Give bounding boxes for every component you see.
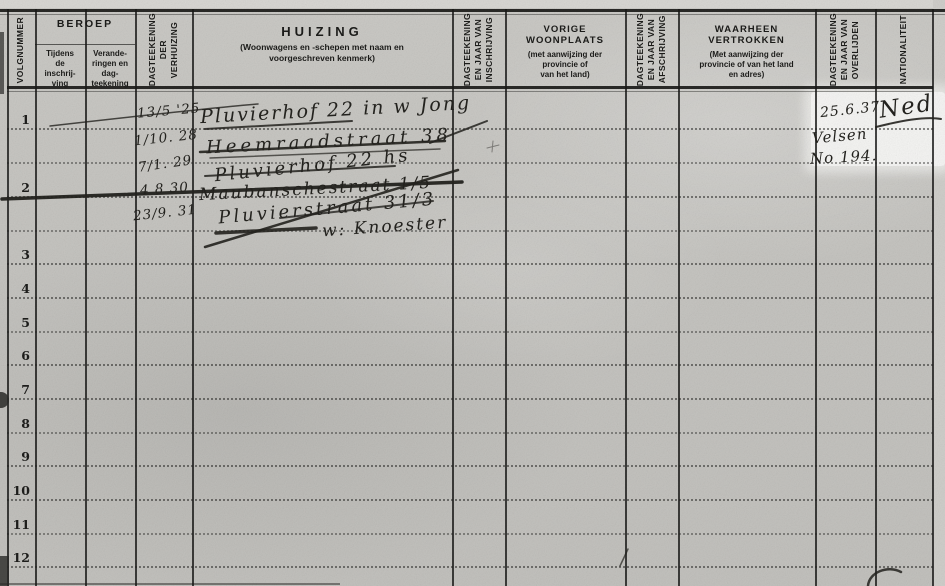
header-volgnummer-label: VOLGNUMMER xyxy=(15,17,26,83)
header-overlijden-label: DAGTEEKENING EN JAAR VAN OVERLIJDEN xyxy=(828,13,861,86)
row-number: 10 xyxy=(4,483,30,498)
header-huizing: HUIZING (Woonwagens en -schepen met naam… xyxy=(192,24,452,63)
row-line xyxy=(7,398,933,400)
header-beroep-label: BEROEP xyxy=(35,18,135,30)
header-waarheen-label: WAARHEEN VERTROKKEN xyxy=(678,24,815,47)
header-volgnummer: VOLGNUMMER xyxy=(7,13,35,87)
header-beroep-tijdens: Tijdens de inschrij- ving xyxy=(35,49,85,89)
header-waarheen-subtitle: (Met aanwijzing der provincie of van het… xyxy=(678,50,815,80)
handwritten-move-date: 4 8 30 xyxy=(140,179,190,198)
header-huizing-subtitle: (Woonwagens en -schepen met naam en voor… xyxy=(192,42,452,63)
header-nationaliteit: NATIONALITEIT xyxy=(875,13,932,87)
scan-edge-mark xyxy=(0,32,4,94)
scan-top-margin xyxy=(0,0,945,8)
register-scan-page: VOLGNUMMER BEROEP Tijdens de inschrij- v… xyxy=(0,0,945,586)
header-vorige-woonplaats-subtitle: (met aanwijzing der provincie of van het… xyxy=(505,50,625,80)
row-number: 7 xyxy=(4,382,30,397)
row-number: 5 xyxy=(4,315,30,330)
handwritten-death-number: No 194. xyxy=(810,146,878,167)
header-verhuizing-label: DAGTEEKENING DER VERHUIZING xyxy=(147,13,180,86)
row-line xyxy=(7,263,933,265)
header-waarheen: WAARHEEN VERTROKKEN (Met aanwijzing der … xyxy=(678,24,815,80)
row-number: 2 xyxy=(4,180,30,195)
row-line xyxy=(7,128,933,130)
row-number: 1 xyxy=(4,112,30,127)
header-beroep-veranderingen: Verande- ringen en dag- teekening xyxy=(85,49,135,89)
header-vorige-woonplaats-label: VORIGE WOONPLAATS xyxy=(505,24,625,47)
header-afschrijving: DAGTEEKENING EN JAAR VAN AFSCHRIJVING xyxy=(625,13,678,87)
row-line xyxy=(7,230,933,232)
header-overlijden: DAGTEEKENING EN JAAR VAN OVERLIJDEN xyxy=(815,13,875,87)
row-number: 11 xyxy=(4,517,30,532)
row-line xyxy=(7,566,933,568)
header-verhuizing: DAGTEEKENING DER VERHUIZING xyxy=(135,13,192,87)
header-nationaliteit-label: NATIONALITEIT xyxy=(898,15,909,84)
header-afschrijving-label: DAGTEEKENING EN JAAR VAN AFSCHRIJVING xyxy=(635,13,668,86)
header-vorige-woonplaats: VORIGE WOONPLAATS (met aanwijzing der pr… xyxy=(505,24,625,80)
row-number: 6 xyxy=(4,348,30,363)
table-top-border xyxy=(0,9,945,12)
row-number: 8 xyxy=(4,416,30,431)
row-line xyxy=(7,499,933,501)
header-beroep: BEROEP xyxy=(35,18,135,30)
row-line xyxy=(7,432,933,434)
header-inschrijving-label: DAGTEEKENING EN JAAR VAN INSCHRIJVING xyxy=(462,13,495,86)
row-number: 12 xyxy=(4,550,30,565)
row-number: 9 xyxy=(4,449,30,464)
row-number: 4 xyxy=(4,281,30,296)
row-line xyxy=(7,465,933,467)
header-inschrijving: DAGTEEKENING EN JAAR VAN INSCHRIJVING xyxy=(452,13,505,87)
row-line xyxy=(7,364,933,366)
row-line xyxy=(7,533,933,535)
scan-right-margin xyxy=(933,0,945,586)
header-huizing-label: HUIZING xyxy=(192,24,452,39)
row-number: 3 xyxy=(4,247,30,262)
row-line xyxy=(7,297,933,299)
bottom-edge-shadow xyxy=(0,583,340,585)
row-line xyxy=(7,331,933,333)
